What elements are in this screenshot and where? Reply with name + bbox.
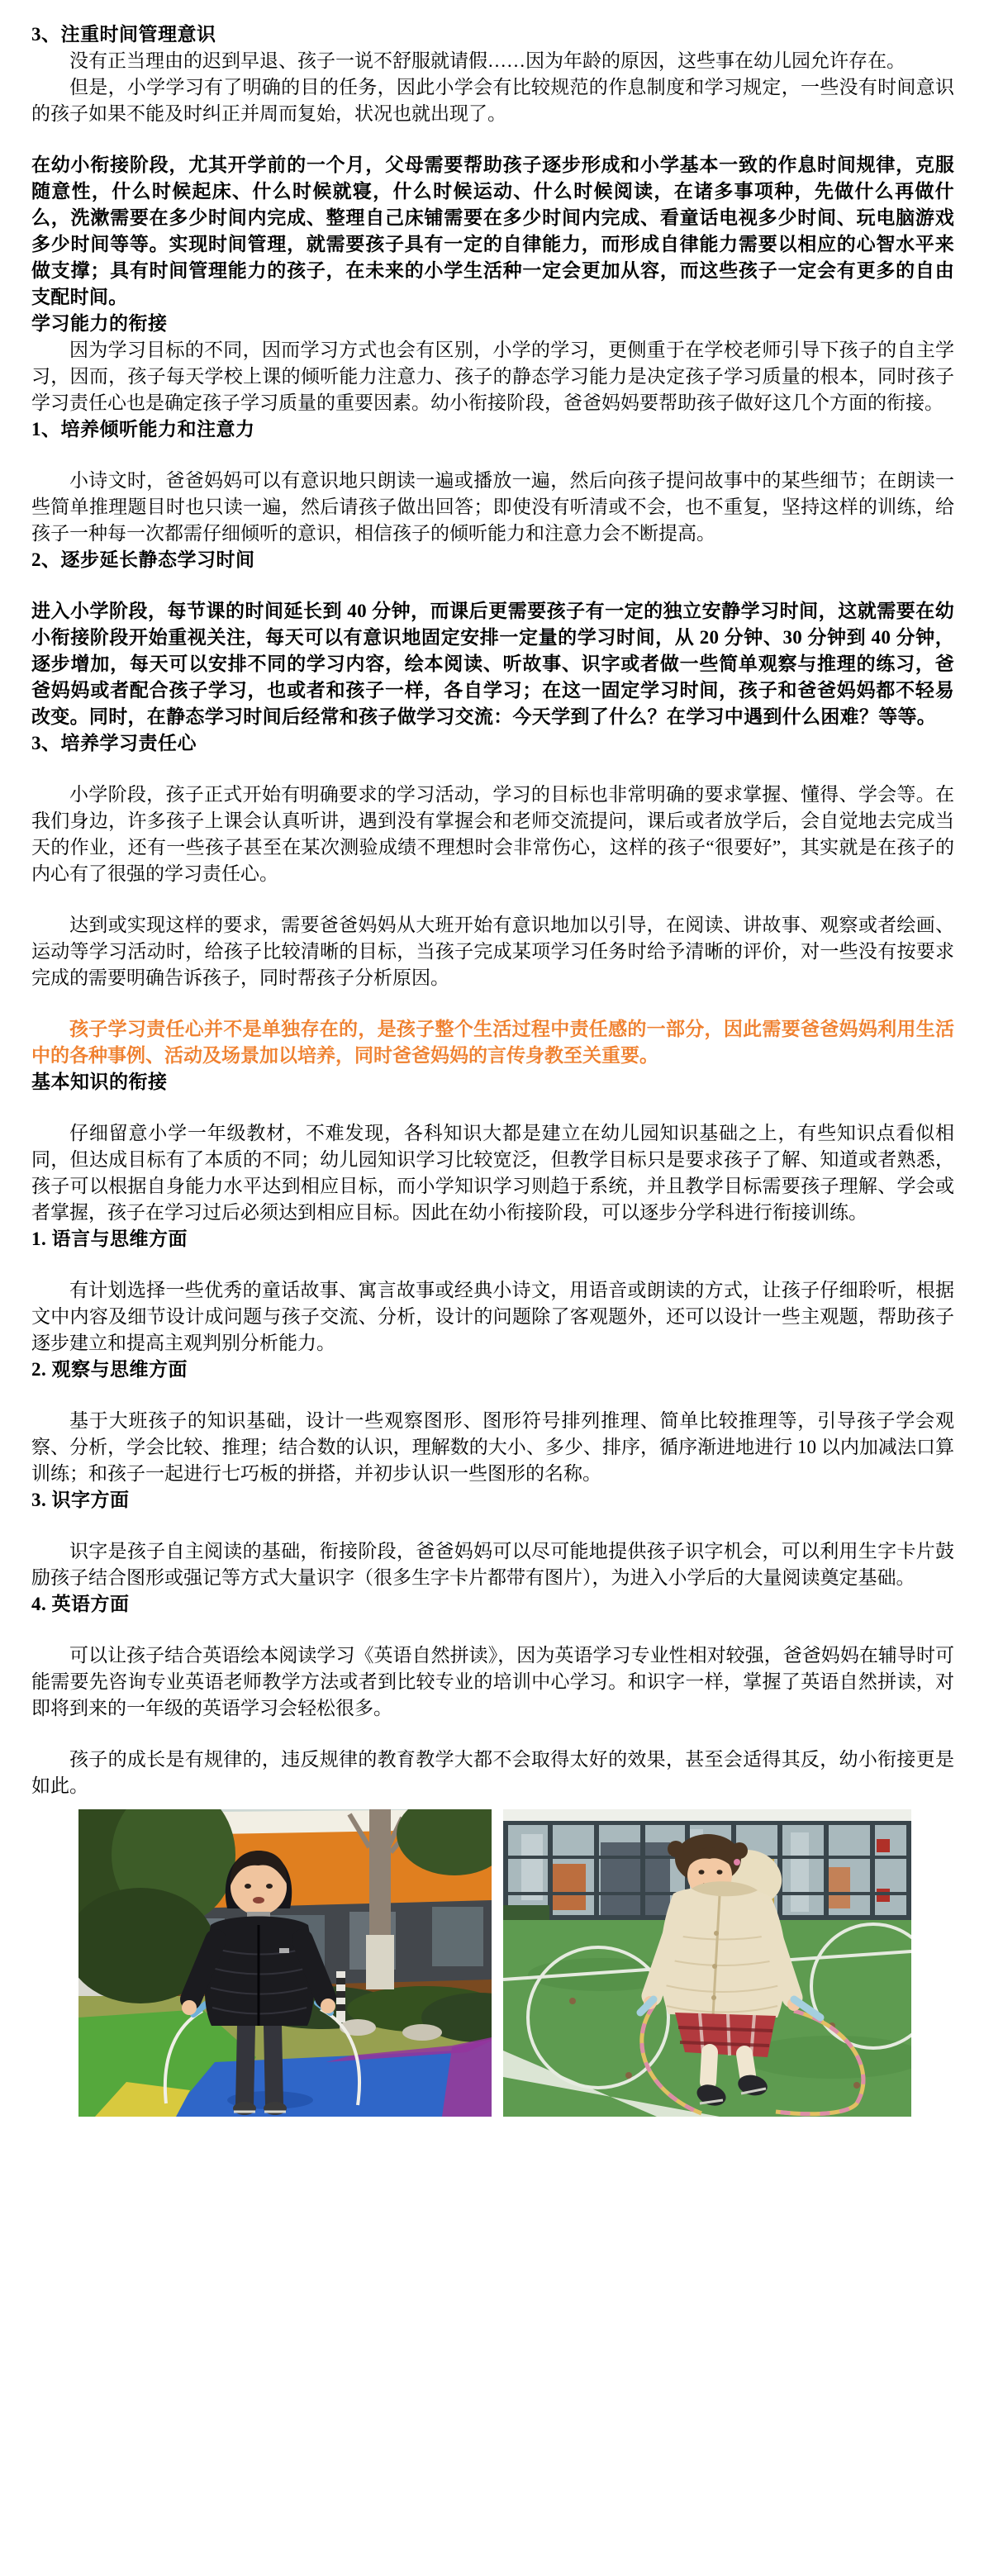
heading-responsibility: 3、培养学习责任心 xyxy=(31,730,954,757)
paragraph-static-study-bold: 进入小学阶段，每节课的时间延长到 40 分钟，而课后更需要孩子有一定的独立安静学… xyxy=(31,598,954,730)
paragraph-closing: 孩子的成长是有规律的，违反规律的教育教学大都不会取得太好的效果，甚至会适得其反，… xyxy=(31,1747,954,1799)
paragraph-observation-thinking: 基于大班孩子的知识基础，设计一些观察图形、图形符号排列推理、简单比较推理等，引导… xyxy=(31,1408,954,1487)
heading-observation-thinking: 2. 观察与思维方面 xyxy=(31,1357,954,1383)
heading-basic-knowledge: 基本知识的衔接 xyxy=(31,1069,954,1096)
heading-language-thinking: 1. 语言与思维方面 xyxy=(31,1226,954,1252)
paragraph-responsibility-1: 小学阶段，孩子正式开始有明确要求的学习活动，学习的目标也非常明确的要求掌握、懂得… xyxy=(31,782,954,887)
paragraph-responsibility-2: 达到或实现这样的要求，需要爸爸妈妈从大班开始有意识地加以引导，在阅读、讲故事、观… xyxy=(31,912,954,991)
paragraph-basic-knowledge: 仔细留意小学一年级教材，不难发现，各科知识大都是建立在幼儿园知识基础之上，有些知… xyxy=(31,1120,954,1226)
photo-boy-jump-rope xyxy=(78,1809,492,2117)
paragraph-time-bold: 在幼小衔接阶段，尤其开学前的一个月，父母需要帮助孩子逐步形成和小学基本一致的作息… xyxy=(31,152,954,311)
heading-time-management: 3、注重时间管理意识 xyxy=(31,21,954,48)
heading-static-study-time: 2、逐步延长静态学习时间 xyxy=(31,547,954,573)
photo-row xyxy=(78,1809,954,2117)
paragraph-literacy: 识字是孩子自主阅读的基础，衔接阶段，爸爸妈妈可以尽可能地提供孩子识字机会，可以利… xyxy=(31,1538,954,1591)
heading-listening: 1、培养倾听能力和注意力 xyxy=(31,416,954,443)
paragraph-listening: 小诗文时，爸爸妈妈可以有意识地只朗读一遍或播放一遍，然后向孩子提问故事中的某些细… xyxy=(31,468,954,547)
photo-girl-jump-rope xyxy=(503,1809,911,2117)
girl-jump-rope-image xyxy=(503,1809,911,2117)
heading-english: 4. 英语方面 xyxy=(31,1591,954,1618)
paragraph-language-thinking: 有计划选择一些优秀的童话故事、寓言故事或经典小诗文，用语音或朗读的方式，让孩子仔… xyxy=(31,1277,954,1357)
paragraph-learning-ability: 因为学习目标的不同，因而学习方式也会有区别，小学的学习，更侧重于在学校老师引导下… xyxy=(31,337,954,416)
boy-jump-rope-image xyxy=(78,1809,492,2117)
article: 3、注重时间管理意识 没有正当理由的迟到早退、孩子一说不舒服就请假……因为年龄的… xyxy=(0,0,984,2150)
paragraph-english: 可以让孩子结合英语绘本阅读学习《英语自然拼读》，因为英语学习专业性相对较强，爸爸… xyxy=(31,1642,954,1722)
paragraph-time-1: 没有正当理由的迟到早退、孩子一说不舒服就请假……因为年龄的原因，这些事在幼儿园允… xyxy=(31,48,954,74)
heading-literacy: 3. 识字方面 xyxy=(31,1487,954,1514)
paragraph-time-2: 但是，小学学习有了明确的目的任务，因此小学会有比较规范的作息制度和学习规定，一些… xyxy=(31,74,954,127)
heading-learning-ability: 学习能力的衔接 xyxy=(31,311,954,337)
paragraph-responsibility-highlight: 孩子学习责任心并不是单独存在的，是孩子整个生活过程中责任感的一部分，因此需要爸爸… xyxy=(31,1016,954,1069)
